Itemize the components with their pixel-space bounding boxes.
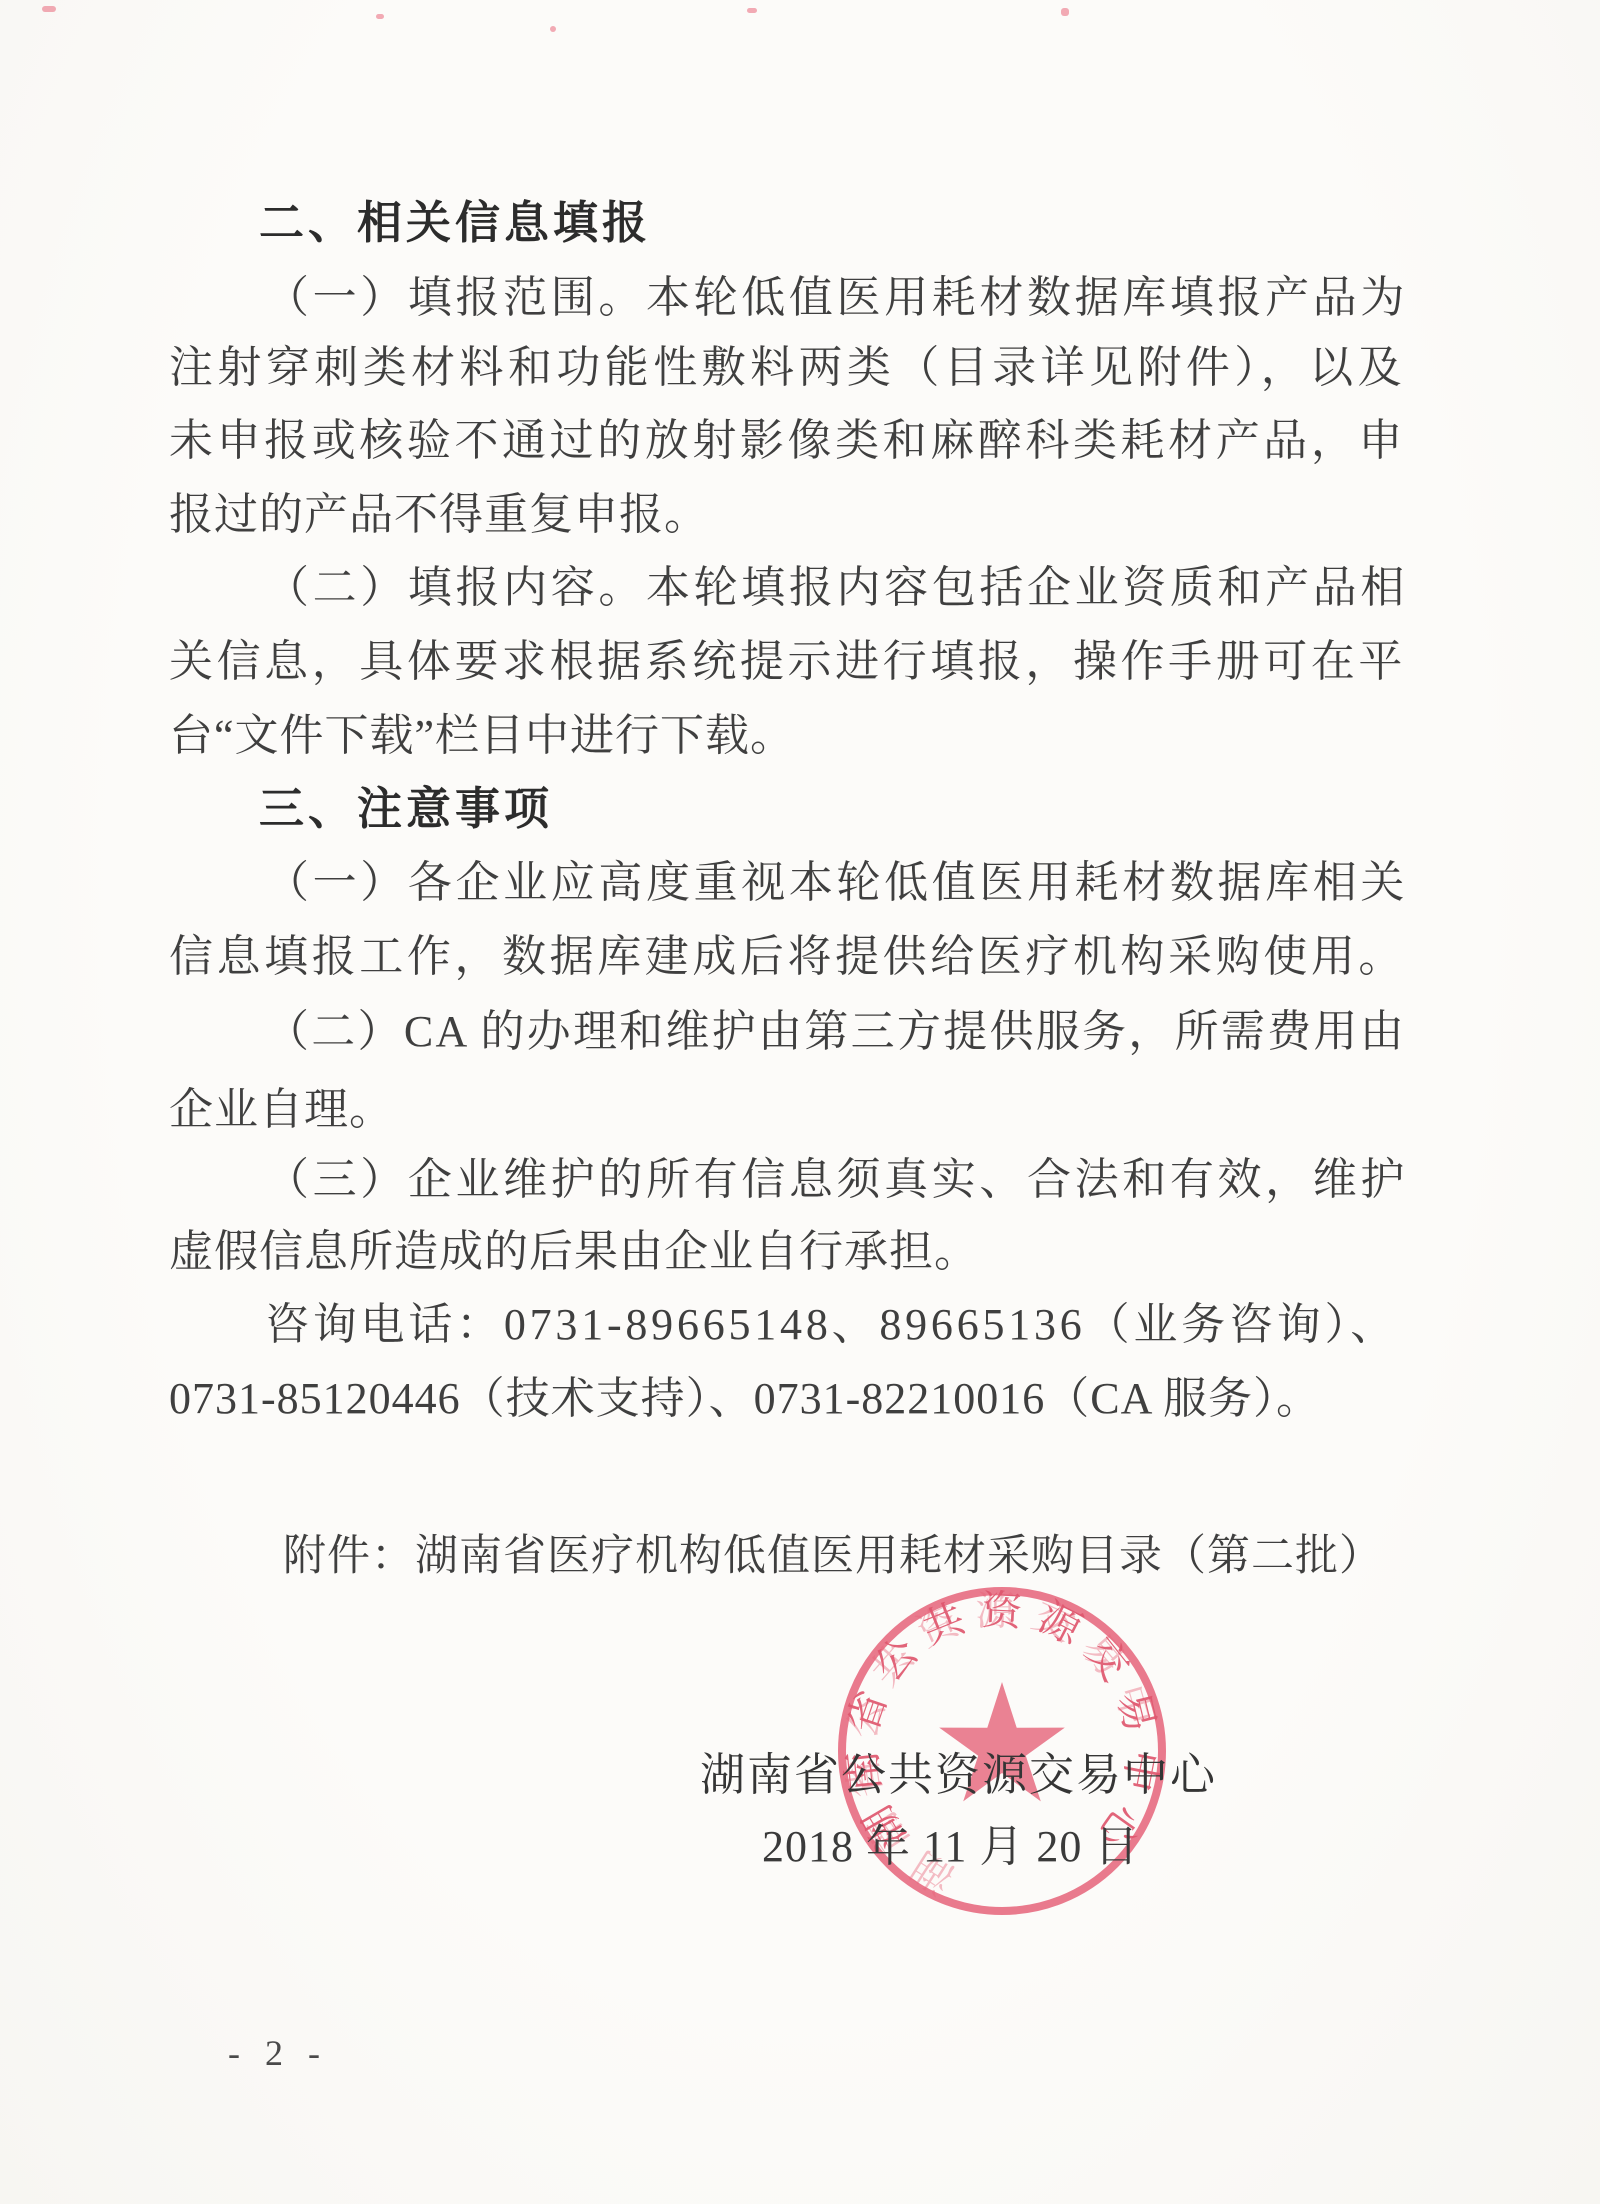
scan-speck [42, 6, 56, 12]
body-line: （三）企业维护的所有信息须真实、合法和有效，维护 [265, 1152, 1432, 1208]
body-line: 企业自理。 [169, 1082, 1432, 1138]
section-heading-3: 三、注意事项 [259, 781, 553, 837]
signature-date: 2018 年 11 月 20 日 [762, 1810, 1139, 1874]
body-line: 未申报或核验不通过的放射影像类和麻醉科类耗材产品，申 [169, 413, 1432, 469]
section-heading-2: 二、相关信息填报 [259, 195, 651, 251]
scan-speck [376, 14, 384, 19]
body-line: 信息填报工作，数据库建成后将提供给医疗机构采购使用。 [169, 929, 1432, 985]
body-line: 咨询电话：0731-89665148、89665136（业务咨询）、 [265, 1297, 1432, 1353]
scan-speck [747, 8, 757, 13]
body-line: 0731-85120446（技术支持）、0731-82210016（CA 服务）… [169, 1371, 1432, 1427]
body-line: （一）各企业应高度重视本轮低值医用耗材数据库相关 [265, 855, 1432, 911]
scan-speck [550, 26, 556, 32]
document-page: 二、相关信息填报 （一）填报范围。本轮低值医用耗材数据库填报产品为 注射穿刺类材… [0, 0, 1600, 2204]
body-line: （二）填报内容。本轮填报内容包括企业资质和产品相 [265, 560, 1432, 616]
scan-speck [1061, 8, 1069, 16]
page-number: - 2 - [228, 2032, 328, 2074]
signature-org: 湖南省公共资源交易中心 [700, 1738, 1217, 1803]
body-line: （二）CA 的办理和维护由第三方提供服务，所需费用由 [265, 1004, 1432, 1060]
body-line: 虚假信息所造成的后果由企业自行承担。 [169, 1224, 1432, 1280]
body-line: 关信息，具体要求根据系统提示进行填报，操作手册可在平 [169, 634, 1432, 690]
body-line: （一）填报范围。本轮低值医用耗材数据库填报产品为 [265, 270, 1432, 326]
body-line: 台“文件下载”栏目中进行下载。 [169, 708, 1432, 764]
body-line: 报过的产品不得重复申报。 [169, 487, 1432, 543]
body-line: 注射穿刺类材料和功能性敷料两类（目录详见附件），以及 [169, 340, 1432, 396]
attachment-line: 附件：湖南省医疗机构低值医用耗材采购目录（第二批） [283, 1522, 1383, 1583]
